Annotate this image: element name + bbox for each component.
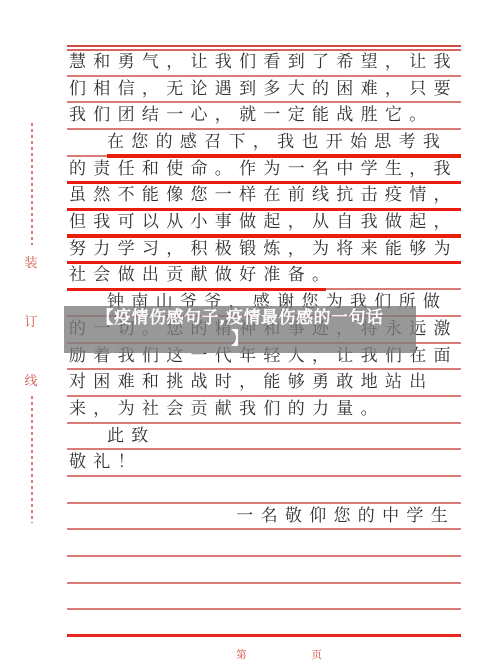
top-rule-primary	[67, 45, 461, 47]
letter-line-8: 努力学习，积极锻炼，为将来能够为	[67, 237, 461, 264]
letter-line-16: 敬礼！	[67, 450, 461, 477]
emphasis-underline	[67, 181, 461, 185]
letter-line-5: 的责任和使命。作为一名中学生，我	[67, 157, 461, 184]
watermark-overlay: 【疫情伤感句子,疫情最伤感的一句话】	[64, 306, 416, 353]
letter-line-text: 一名敬仰您的中学生	[236, 506, 455, 526]
letter-line-text: 但我可以从小事做起，从自我做起，	[69, 212, 458, 232]
letter-line-text: 努力学习，积极锻炼，为将来能够为	[69, 239, 458, 259]
letter-line-20	[67, 557, 461, 584]
letter-line-19	[67, 530, 461, 557]
letter-line-9: 社会做出贡献做好准备。	[67, 263, 461, 290]
emphasis-underline	[67, 288, 326, 292]
letter-line-21	[67, 584, 461, 611]
letter-line-13: 对困难和挑战时，能够勇敢地站出	[67, 370, 461, 397]
watermark-line-1: 【疫情伤感句子,疫情最伤感的一句话	[64, 308, 416, 329]
letter-line-3: 我们团结一心，就一定能战胜它。	[67, 103, 461, 130]
letter-line-1: 慧和勇气，让我们看到了希望，让我	[67, 50, 461, 77]
letter-page: 慧和勇气，让我们看到了希望，让我们相信，无论遇到多大的困难，只要我们团结一心，就…	[0, 0, 500, 668]
letter-line-text: 慧和勇气，让我们看到了希望，让我	[69, 52, 458, 72]
letter-line-18: 一名敬仰您的中学生	[67, 504, 461, 531]
letter-line-15: 此致	[67, 424, 461, 451]
letter-line-text: 在您的感召下，我也开始思考我	[107, 132, 447, 152]
letter-line-17	[67, 477, 461, 504]
letter-line-text: 此致	[107, 426, 156, 446]
letter-line-22	[67, 610, 461, 637]
letter-line-text: 的责任和使命。作为一名中学生，我	[69, 159, 458, 179]
letter-line-text: 对困难和挑战时，能够勇敢地站出	[69, 372, 434, 392]
letter-line-text: 我们团结一心，就一定能战胜它。	[69, 105, 434, 125]
letter-line-text: 们相信，无论遇到多大的困难，只要	[69, 79, 458, 99]
page-footer: 第 页	[236, 647, 322, 662]
letter-line-text: 虽然不能像您一样在前线抗击疫情，	[69, 185, 458, 205]
letter-line-2: 们相信，无论遇到多大的困难，只要	[67, 77, 461, 104]
binding-char-3: 线	[23, 374, 39, 389]
letter-line-7: 但我可以从小事做起，从自我做起，	[67, 210, 461, 237]
emphasis-underline	[67, 261, 461, 265]
binding-char-1: 装	[23, 256, 39, 271]
letter-line-text: 社会做出贡献做好准备。	[69, 265, 336, 285]
binding-char-2: 订	[23, 315, 39, 330]
letter-line-6: 虽然不能像您一样在前线抗击疫情，	[67, 183, 461, 210]
letter-line-14: 来，为社会贡献我们的力量。	[67, 397, 461, 424]
footer-label-di: 第	[236, 647, 247, 662]
emphasis-underline	[67, 234, 461, 238]
binding-dash-bottom	[31, 396, 33, 523]
letter-line-text: 来，为社会贡献我们的力量。	[69, 399, 385, 419]
watermark-line-2: 】	[64, 329, 416, 350]
binding-dash-top	[31, 123, 33, 245]
letter-line-text: 敬礼！	[69, 452, 142, 472]
emphasis-underline	[67, 208, 461, 212]
emphasis-underline	[107, 154, 461, 158]
letter-line-4: 在您的感召下，我也开始思考我	[67, 130, 461, 157]
footer-label-ye: 页	[312, 647, 323, 662]
